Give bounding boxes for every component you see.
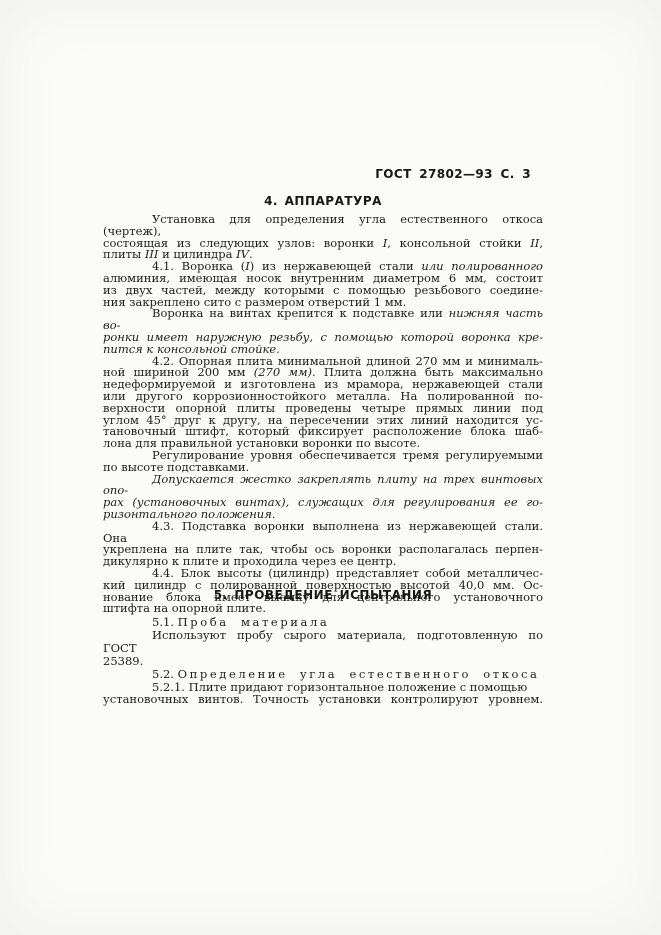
text-line: 4.3. Подставка воронки выполнена из нерж… <box>103 521 543 545</box>
paragraph: 4.1. Воронка (I) из нержавеющей стали ил… <box>103 261 543 308</box>
text-segment: 5.2.1. Плите придают горизонтальное поло… <box>152 680 527 694</box>
text-line: Установка для определения угла естествен… <box>103 214 543 238</box>
text-segment: , консольной стойки <box>387 236 530 250</box>
text-segment: 25389. <box>103 654 143 668</box>
section-heading-testing: 5. ПРОВЕДЕНИЕ ИСПЫТАНИЯ <box>103 588 543 602</box>
text-segment: II <box>530 236 539 250</box>
text-segment: Определение угла естественного откоса <box>178 667 540 681</box>
section-body-testing: 5.1. Проба материалаИспользуют пробу сыр… <box>103 616 543 706</box>
text-segment: Допускается жестко закреплять плиту на т… <box>103 472 543 498</box>
document-page: ГОСТ 27802—93 С. 3 4. АППАРАТУРА Установ… <box>0 0 661 935</box>
paragraph: Воронка на винтах крепится к подставке и… <box>103 308 543 355</box>
paragraph: Используют пробу сырого материала, подго… <box>103 629 543 668</box>
text-segment: Используют пробу сырого материала, подго… <box>103 628 543 655</box>
text-segment: плиты <box>103 247 145 261</box>
text-segment: 5.2. <box>152 667 178 681</box>
running-header: ГОСТ 27802—93 С. 3 <box>103 167 531 181</box>
paragraph: 5.2.1. Плите придают горизонтальное поло… <box>103 681 543 707</box>
text-segment: штифта на опорной плите. <box>103 601 266 615</box>
section-body-apparatus: Установка для определения угла естествен… <box>103 214 543 615</box>
text-segment: установочных винтов. Точность установки … <box>103 692 543 706</box>
text-line: Допускается жестко закреплять плиту на т… <box>103 474 543 498</box>
text-segment: Воронка на винтах крепится к подставке и… <box>152 306 449 320</box>
paragraph: Установка для определения угла естествен… <box>103 214 543 261</box>
text-line: Воронка на винтах крепится к подставке и… <box>103 308 543 332</box>
paragraph: 4.3. Подставка воронки выполнена из нерж… <box>103 521 543 568</box>
section-heading-apparatus: 4. АППАРАТУРА <box>103 194 543 208</box>
paragraph: 4.2. Опорная плита минимальной длиной 27… <box>103 356 543 450</box>
text-segment: , <box>539 236 543 250</box>
text-segment: 5.1. <box>152 615 178 629</box>
text-segment: Установка для определения угла естествен… <box>103 212 543 238</box>
paragraph: Регулирование уровня обеспечивается трем… <box>103 450 543 474</box>
text-segment: 4.3. Подставка воронки выполнена из нерж… <box>103 519 543 545</box>
text-segment: Проба материала <box>178 615 330 629</box>
text-line: установочных винтов. Точность установки … <box>103 693 543 706</box>
text-line: Используют пробу сырого материала, подго… <box>103 629 543 655</box>
paragraph: Допускается жестко закреплять плиту на т… <box>103 474 543 521</box>
text-line: штифта на опорной плите. <box>103 603 543 615</box>
